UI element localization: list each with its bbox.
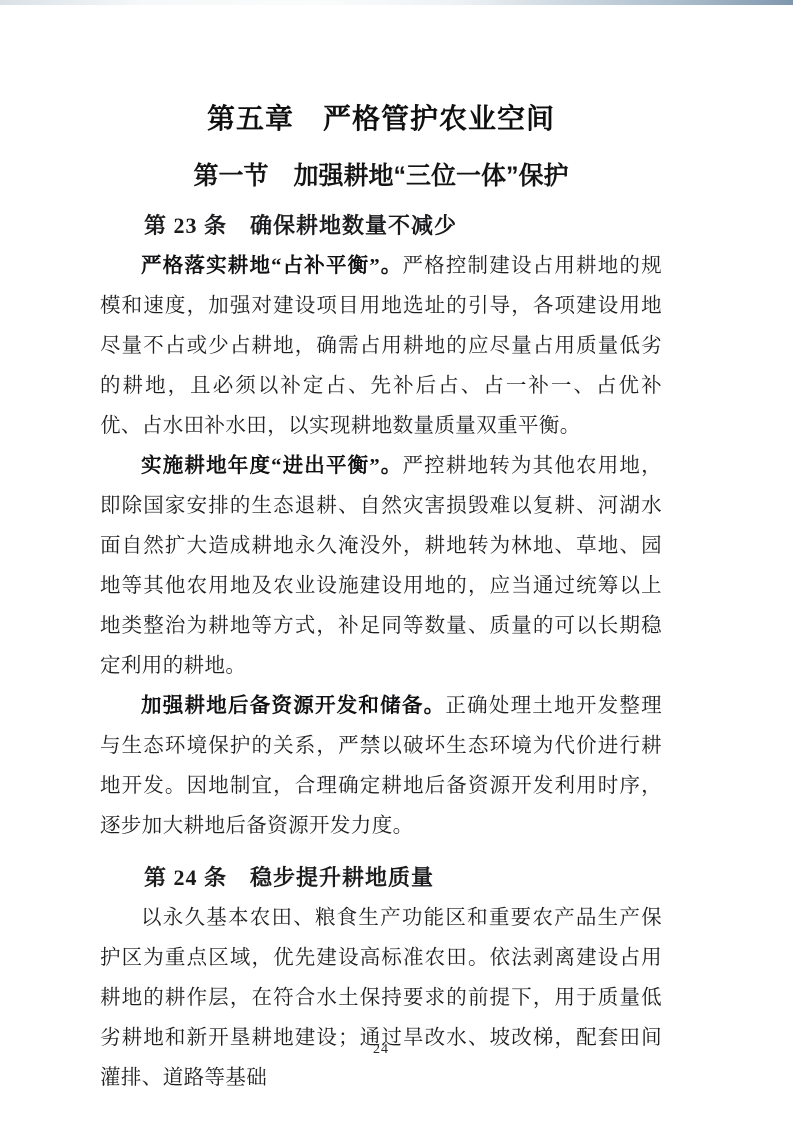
paragraph-lead: 严格落实耕地“占补平衡”。 <box>141 255 402 277</box>
page-content: 第五章 严格管护农业空间 第一节 加强耕地“三位一体”保护 第 23 条 确保耕… <box>100 0 662 1098</box>
paragraph: 加强耕地后备资源开发和储备。正确处理土地开发整理与生态环境保护的关系，严禁以破坏… <box>100 686 662 846</box>
paragraph: 以永久基本农田、粮食生产功能区和重要农产品生产保护区为重点区域，优先建设高标准农… <box>100 898 662 1098</box>
paragraph-lead: 加强耕地后备资源开发和储备。 <box>141 695 445 717</box>
chapter-title: 第五章 严格管护农业空间 <box>100 100 662 140</box>
paragraph: 实施耕地年度“进出平衡”。严控耕地转为其他农用地，即除国家安排的生态退耕、自然灾… <box>100 446 662 686</box>
article-23: 第 23 条 确保耕地数量不减少 严格落实耕地“占补平衡”。严格控制建设占用耕地… <box>100 206 662 846</box>
paragraph-body: 以永久基本农田、粮食生产功能区和重要农产品生产保护区为重点区域，优先建设高标准农… <box>100 907 662 1089</box>
article-24: 第 24 条 稳步提升耕地质量 以永久基本农田、粮食生产功能区和重要农产品生产保… <box>100 858 662 1098</box>
document-page: 第五章 严格管护农业空间 第一节 加强耕地“三位一体”保护 第 23 条 确保耕… <box>0 0 793 1122</box>
paragraph-lead: 实施耕地年度“进出平衡”。 <box>141 455 402 477</box>
article-23-heading: 第 23 条 确保耕地数量不减少 <box>100 206 662 246</box>
paragraph-body: 严格控制建设占用耕地的规模和速度，加强对建设项目用地选址的引导，各项建设用地尽量… <box>100 255 662 437</box>
page-number: 24 <box>100 1042 662 1058</box>
section-title: 第一节 加强耕地“三位一体”保护 <box>100 158 662 194</box>
paragraph: 严格落实耕地“占补平衡”。严格控制建设占用耕地的规模和速度，加强对建设项目用地选… <box>100 246 662 446</box>
paragraph-body: 严控耕地转为其他农用地，即除国家安排的生态退耕、自然灾害损毁难以复耕、河湖水面自… <box>100 455 662 677</box>
article-24-heading: 第 24 条 稳步提升耕地质量 <box>100 858 662 898</box>
